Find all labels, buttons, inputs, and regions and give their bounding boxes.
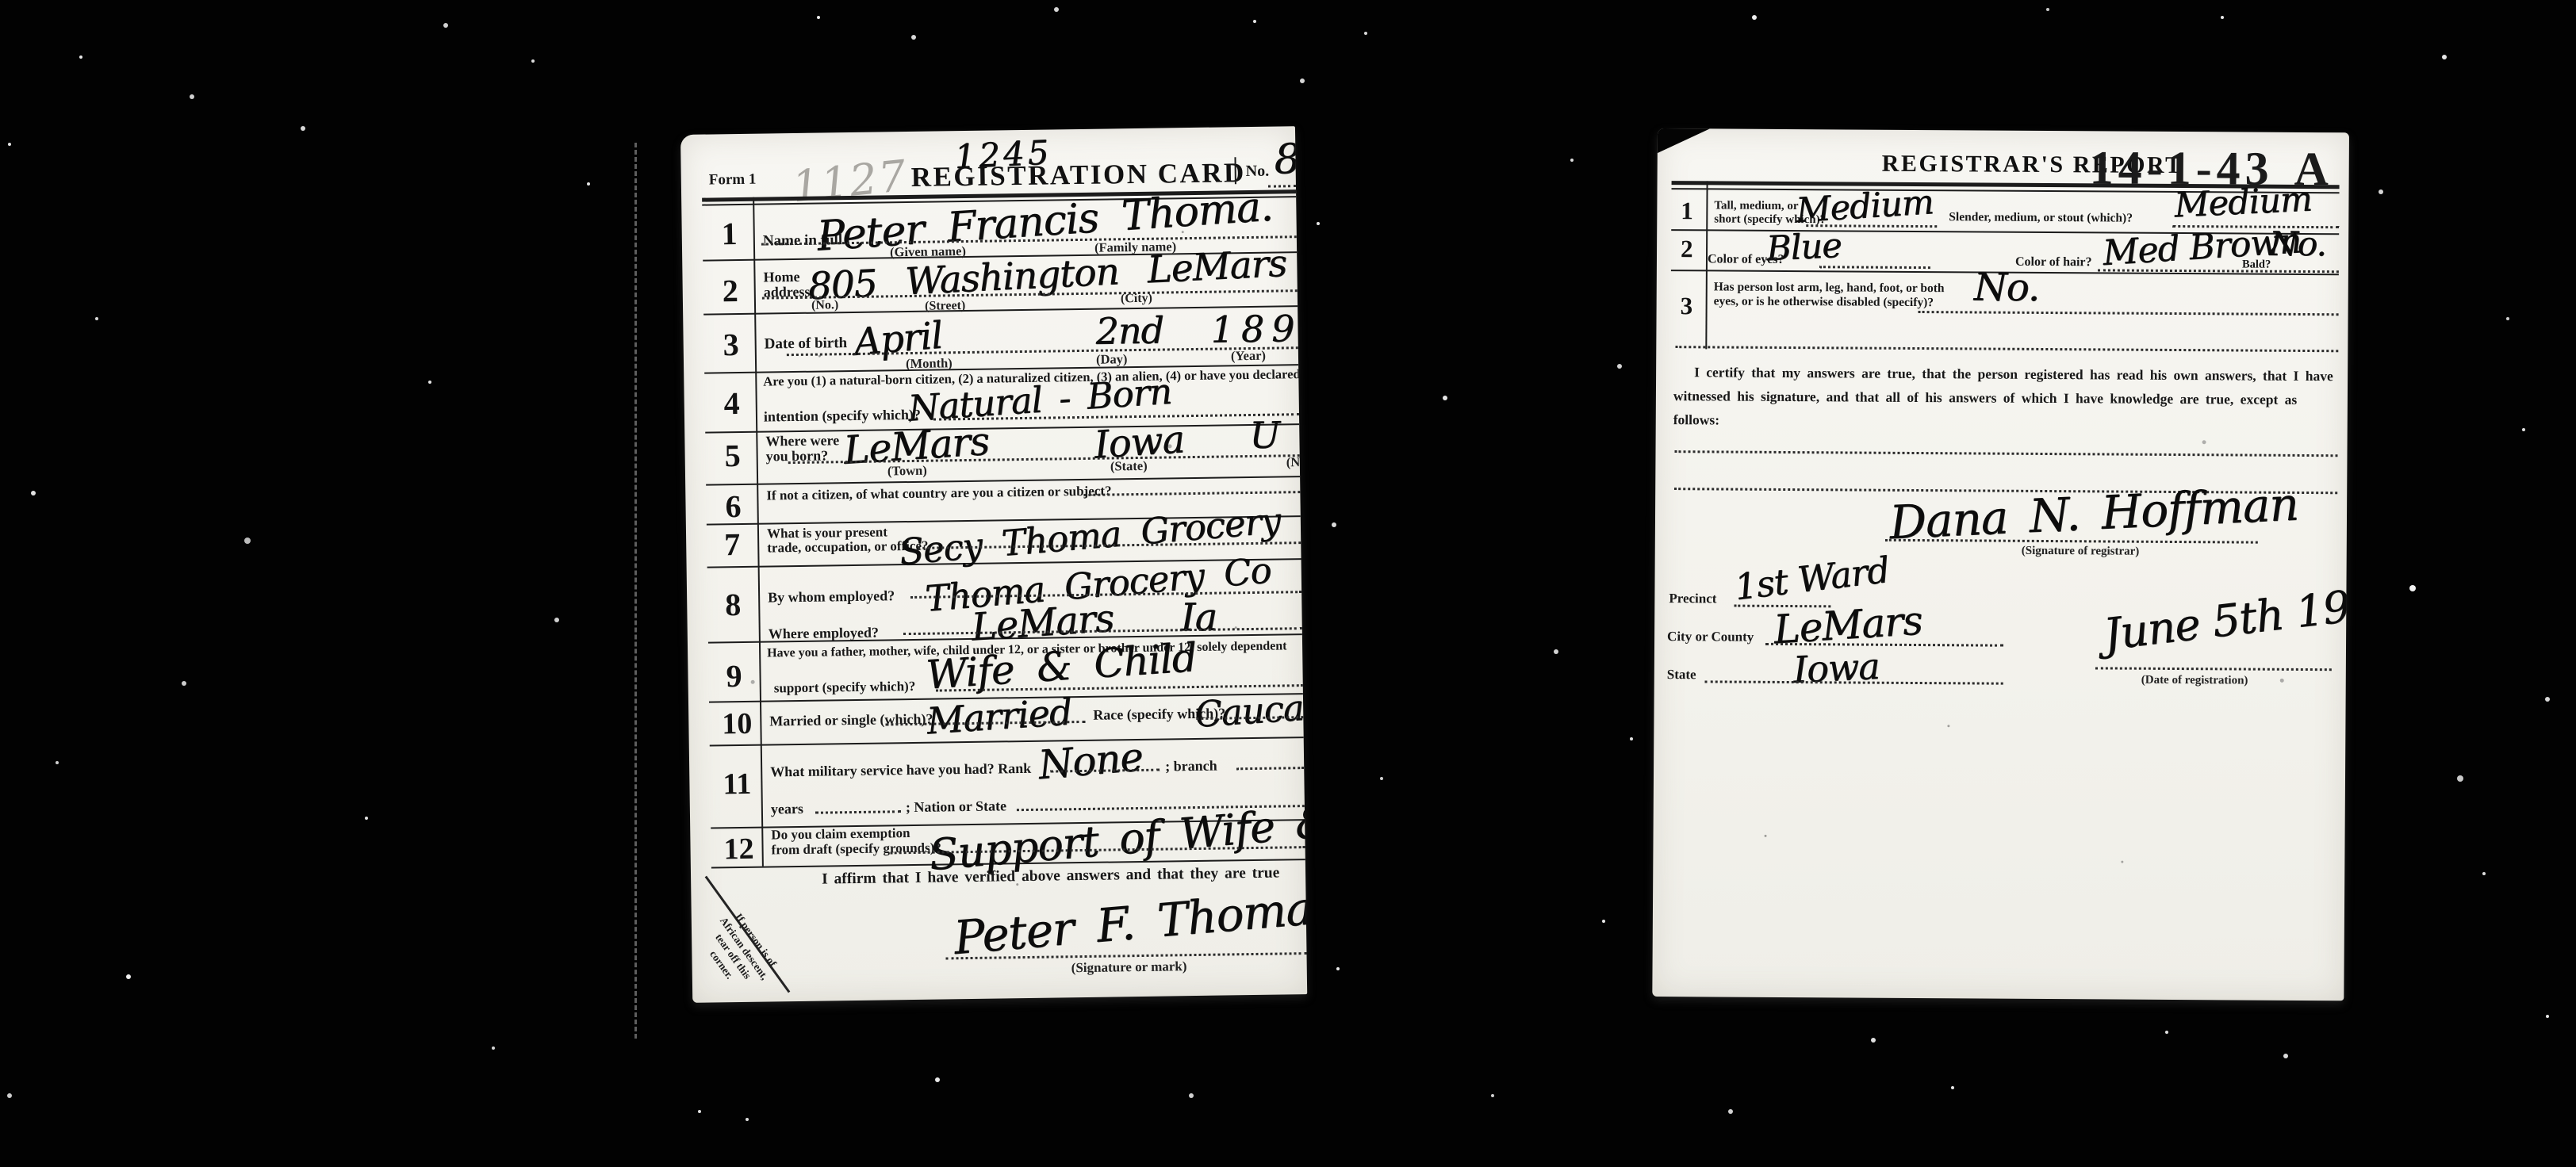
signature-label: (Signature or mark) [1071,958,1187,976]
report-field-1-value-height: Medium [1795,182,1934,231]
field-7-number: 7 [724,526,741,563]
field-5-number: 5 [724,437,741,474]
certification-text: I certify that my answers are true, that… [1673,360,2340,435]
field-5-value-nation: U [1249,413,1280,457]
city-label: City or County [1667,629,1754,645]
field-4-number: 4 [723,385,740,422]
report-field-2-label-eyes: Color of eyes? [1708,253,1784,266]
field-1-number: 1 [721,215,738,252]
registration-card: Form 1 1127 1245 REGISTRATION CARD No. 8… [680,126,1307,1003]
registrar-signature-label: (Signature of registrar) [2022,545,2140,559]
report-field-1-label-line1: Tall, medium, or [1714,200,1798,212]
row-line [705,423,1299,434]
report-field-2-dotted-eyes [1819,266,1930,269]
field-8-number: 8 [725,586,742,623]
field-6-number: 6 [725,488,742,525]
field-2-sublabel-city: (City) [1121,292,1152,307]
registration-date-value: June 5th 1917 [2101,575,2349,660]
precinct-label: Precinct [1669,591,1716,606]
field-2-label-home: Home [763,270,799,285]
field-3-value-year: 189 [1210,307,1302,351]
report-field-2-number: 2 [1681,235,1693,263]
field-3-number: 3 [723,326,739,363]
affirmation-text: I affirm that I have verified above answ… [822,866,1279,889]
field-9-number: 9 [726,657,742,694]
no-label: No. [1246,163,1270,180]
row-line [710,737,1304,747]
field-3-label: Date of birth [765,335,848,352]
field-10-label-married: Married or single (which)? [769,712,933,729]
no-value-handwritten: 8 [1274,136,1300,183]
field-3-sublabel-day: (Day) [1096,351,1128,368]
field-5-sublabel-nation: (Nation) [1286,454,1308,471]
registration-date-line [2095,667,2332,671]
field-5-sublabel-state: (State) [1110,458,1148,475]
field-11-label-nation: ; Nation or State [906,798,1006,815]
state-value: Iowa [1792,645,1880,691]
form-number-label: Form 1 [709,172,757,189]
field-11-value-rank: None [1037,733,1144,788]
field-3-sublabel-month: (Month) [906,355,953,372]
field-12-number: 12 [723,832,754,867]
corner-tear-note: If person is of African descent, tear of… [680,885,799,1003]
report-field-3-label-line2: eyes, or is he otherwise disabled (speci… [1714,295,1934,309]
report-field-1-number: 1 [1681,197,1693,225]
field-10-value-race: Caucasian [1194,682,1308,736]
header-divider-bar [1234,157,1236,184]
field-2-sublabel-no: (No.) [811,298,838,312]
report-field-3-dotted [1919,311,2339,316]
field-11-label-branch: ; branch [1165,759,1217,775]
field-9-question-line2: support (specify which)? [774,679,916,695]
row-line [703,305,1298,316]
field-8-value-where-state: Ia [1180,595,1217,641]
field-2-number: 2 [722,272,738,309]
scan-fold-dashed-line [634,143,637,1039]
no-dotted-line [1268,185,1296,187]
section-dotted-line [1675,346,2338,352]
report-field-3-label-line1: Has person lost arm, leg, hand, foot, or… [1714,281,1945,295]
field-8-label-where: Where employed? [769,626,879,642]
corner-damage-notch [1656,128,1713,154]
field-11-number: 11 [723,767,752,802]
report-field-1-label-build: Slender, medium, or stout (which)? [1949,211,2133,225]
field-11-label-rank: What military service have you had? Rank [770,761,1031,779]
state-label: State [1667,668,1696,682]
field-6-dotted-line [1083,491,1300,496]
field-8-label-employer: By whom employed? [768,588,895,605]
field-11-label-years: years [771,802,803,817]
field-10-number: 10 [722,706,753,742]
report-field-2-value-bald: No. [2269,224,2326,263]
report-field-1-value-build: Medium [2173,180,2312,226]
registrars-report-card: REGISTRAR'S REPORT 14-1-43A 1 Tall, medi… [1652,128,2349,1001]
field-10-value-married: Married [926,690,1073,742]
field-3-sublabel-year: (Year) [1231,348,1266,365]
field-3-value-day: 2nd [1095,309,1163,353]
field-12-label-line2: from draft (specify grounds)? [771,840,941,857]
field-11-dotted-years [815,810,901,814]
report-field-3-number: 3 [1681,292,1693,320]
registration-date-label: (Date of registration) [2141,674,2248,688]
field-12-label-line1: Do you claim exemption [771,826,910,842]
field-5-label-line1: Where were [765,433,839,449]
field-6-label: If not a citizen, of what country are yo… [766,484,1111,503]
report-field-3-value: No. [1974,265,2040,310]
field-2-sublabel-street: (Street) [925,299,965,314]
exception-line-1 [1675,450,2338,457]
field-5-sublabel-town: (Town) [887,463,927,480]
precinct-value: 1st Ward [1732,549,1891,608]
field-11-dotted-branch [1236,767,1304,770]
field-4-question-line2: intention (specify which)? [764,407,921,425]
